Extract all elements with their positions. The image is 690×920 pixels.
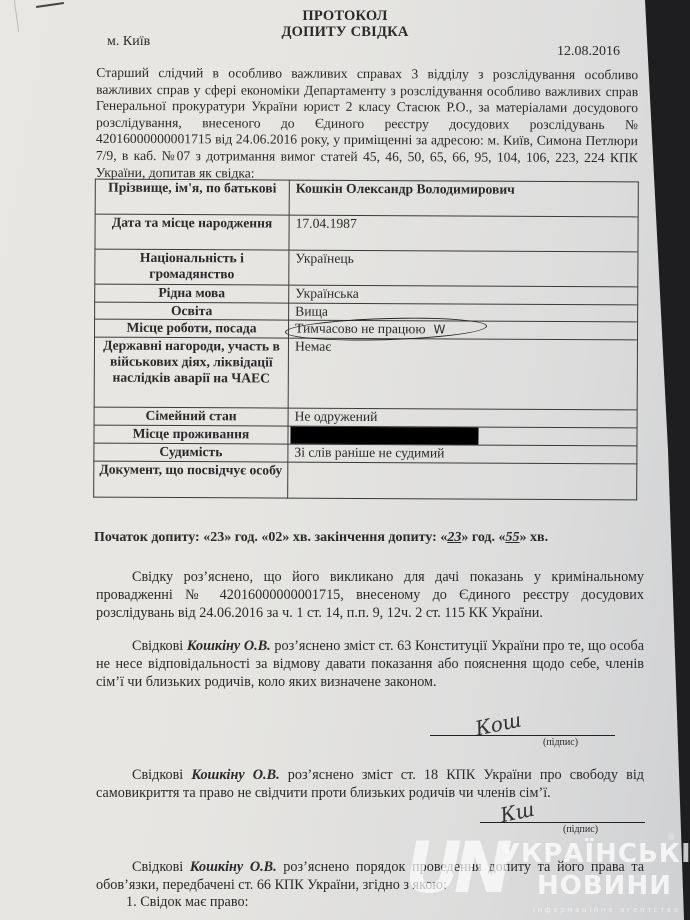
paragraph-summons: Свідку роз’яснено, що його викликано для…: [96, 568, 644, 623]
table-row: Прізвище, ім'я, по батькові Кошкін Олекс…: [95, 179, 638, 217]
field-label: Судимість: [94, 443, 288, 462]
paragraph-text: Свідкові: [132, 767, 191, 783]
witness-name: Кошкіну О.В.: [191, 767, 279, 783]
intro-paragraph: Старший слідчий в особливо важливих спра…: [96, 65, 639, 184]
signature-line: [430, 735, 615, 736]
field-value-employment: Тимчасово не працююW: [289, 320, 638, 340]
handwritten-circle: Тимчасово не працююW: [295, 321, 445, 338]
interrogation-time: Початок допиту: «23» год. «02» хв. закін…: [94, 530, 548, 546]
field-label: Документ, що посвідчує особу: [94, 461, 288, 498]
time-text: » хв.: [520, 530, 549, 545]
document-subtitle: ДОПИТУ СВІДКА: [0, 24, 690, 41]
table-row: Державні нагороди, участь в військових д…: [94, 337, 637, 410]
document-title: ПРОТОКОЛ: [0, 8, 690, 25]
paragraph-self-incrimination: Свідкові Кошкіну О.В. роз’яснено зміст с…: [96, 766, 644, 802]
field-label: Державні нагороди, участь в військових д…: [94, 337, 288, 408]
document-page: ПРОТОКОЛ ДОПИТУ СВІДКА м. Київ 12.08.201…: [0, 0, 690, 920]
field-label: Місце роботи, посада: [95, 319, 289, 338]
field-label: Місце проживання: [94, 425, 288, 444]
field-label: Національність і громадянство: [95, 249, 289, 285]
handwritten-initial: W: [433, 322, 445, 336]
paragraph-text: Свідку роз’яснено, що його викликано для…: [96, 569, 644, 621]
agency-logo-icon: UN: [405, 833, 504, 903]
start-minute: 02: [268, 530, 282, 545]
time-text: » год. «: [224, 530, 268, 545]
field-label: Рідна мова: [95, 284, 289, 303]
redaction-bar: [290, 427, 478, 445]
time-text: » год. «: [461, 530, 505, 545]
field-value-birth: 17.04.1987: [289, 215, 638, 252]
city: м. Київ: [107, 34, 150, 50]
witness-name: Кошкіну О.В.: [190, 859, 277, 875]
paragraph-constitution: Свідкові Кошкіну О.В. роз’яснено зміст с…: [96, 637, 644, 692]
document-date: 12.08.2016: [557, 44, 620, 60]
news-agency-watermark: UN УКРАЇНСЬКІ НОВИНИ інформаційне агентс…: [405, 833, 685, 918]
rights-list-item: 1. Свідок має право:: [126, 894, 248, 911]
field-label: Освіта: [95, 302, 289, 320]
paragraph-text: Свідкові: [132, 859, 190, 875]
watermark-subtitle: інформаційне агентство: [533, 906, 681, 914]
field-value-full-name: Кошкін Олександр Володимирович: [289, 180, 638, 217]
field-value-marital: Не одружений: [288, 408, 637, 428]
signature-line: [480, 822, 645, 823]
table-row: Національність і громадянство Українець: [95, 249, 638, 287]
field-value-nationality: Українець: [289, 250, 638, 287]
registered-mark-icon: ®: [667, 833, 676, 843]
table-row: Дата та місце народження 17.04.1987: [95, 214, 638, 252]
watermark-line1: УКРАЇНСЬКІ: [500, 839, 690, 869]
field-label: Сімейний стан: [94, 407, 288, 426]
paragraph-text: Свідкові: [132, 638, 187, 654]
field-value-residence: [288, 426, 637, 446]
field-label: Дата та місце народження: [95, 214, 289, 250]
end-minute-handwritten: 55: [506, 530, 520, 545]
intro-line: Старший слідчий в особливо важливих спра…: [96, 65, 638, 84]
field-value-awards: Немає: [288, 338, 637, 410]
field-value-language: Українська: [289, 285, 638, 305]
field-label: Прізвище, ім'я, по батькові: [95, 179, 289, 215]
employment-text: Тимчасово не працюю: [295, 321, 426, 337]
end-hour-handwritten: 23: [447, 530, 461, 545]
witness-name: Кошкіну О.В.: [187, 638, 271, 654]
intro-text: важливих справ у сфері економіки Департа…: [96, 81, 638, 183]
field-value-record: Зі слів раніше не судимий: [288, 444, 637, 464]
table-row: Документ, що посвідчує особу: [94, 461, 637, 500]
field-value-id-document: [288, 462, 637, 500]
time-text: » хв. закінчення допиту: «: [282, 530, 447, 545]
start-hour: 23: [210, 530, 224, 545]
signature-label: (підпис): [543, 737, 578, 748]
witness-info-table: Прізвище, ім'я, по батькові Кошкін Олекс…: [93, 179, 639, 501]
time-text: Початок допиту: «: [94, 530, 210, 545]
watermark-line2: НОВИНИ: [537, 871, 672, 901]
